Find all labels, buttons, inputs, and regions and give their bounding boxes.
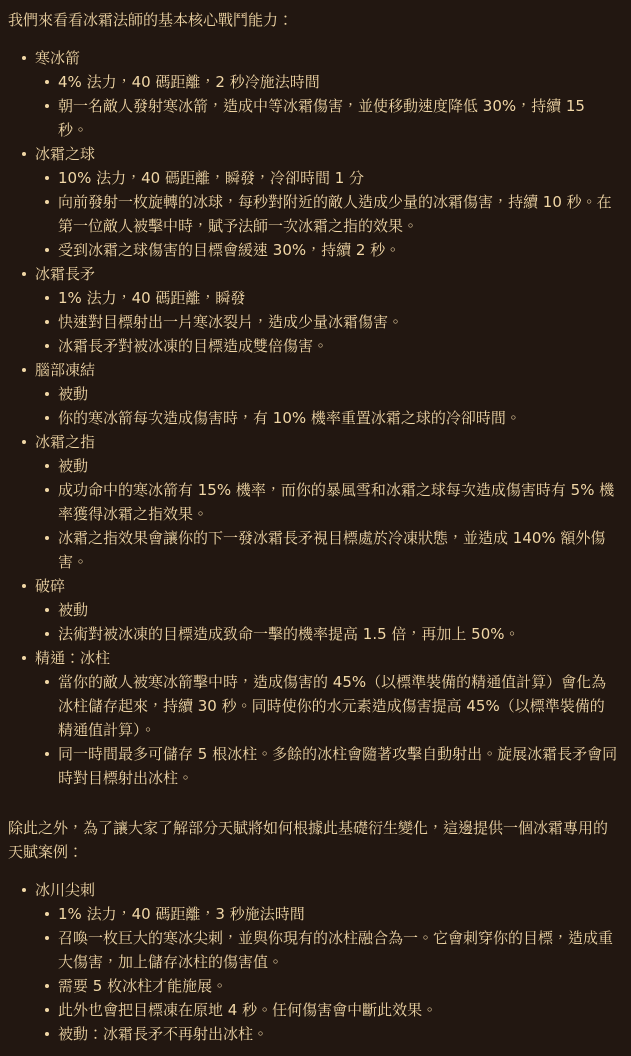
ability-details-list: 當你的敵人被寒冰箭擊中時，造成傷害的 45%（以標準裝備的精通值計算）會化為冰柱… [58, 670, 619, 790]
talent-detail: 需要 5 枚冰柱才能施展。 [58, 974, 619, 998]
talent-name: 冰川尖刺 [35, 878, 619, 902]
ability-item: 腦部凍結 被動 你的寒冰箭每次造成傷害時，有 10% 機率重置冰霜之球的冷卻時間… [35, 358, 619, 430]
talent-intro-paragraph: 除此之外，為了讓大家了解部分天賦將如何根據此基礎衍生變化，這邊提供一個冰霜專用的… [8, 816, 619, 864]
ability-detail: 10% 法力，40 碼距離，瞬發，冷卻時間 1 分 [58, 166, 619, 190]
ability-detail: 你的寒冰箭每次造成傷害時，有 10% 機率重置冰霜之球的冷卻時間。 [58, 406, 619, 430]
ability-name: 寒冰箭 [35, 46, 619, 70]
talent-detail: 召喚一枚巨大的寒冰尖刺，並與你現有的冰柱融合為一。它會刺穿你的目標，造成重大傷害… [58, 926, 619, 974]
ability-name: 腦部凍結 [35, 358, 619, 382]
talent-detail: 被動：冰霜長矛不再射出冰柱。 [58, 1022, 619, 1046]
ability-detail: 4% 法力，40 碼距離，2 秒冷施法時間 [58, 70, 619, 94]
ability-item: 破碎 被動 法術對被冰凍的目標造成致命一擊的機率提高 1.5 倍，再加上 50%… [35, 574, 619, 646]
ability-detail: 冰霜之指效果會讓你的下一發冰霜長矛視目標處於冷凍狀態，並造成 140% 額外傷害… [58, 526, 619, 574]
ability-item: 冰霜長矛 1% 法力，40 碼距離，瞬發 快速對目標射出一片寒冰裂片，造成少量冰… [35, 262, 619, 358]
talent-list: 冰川尖刺 1% 法力，40 碼距離，3 秒施法時間 召喚一枚巨大的寒冰尖刺，並與… [35, 878, 619, 1046]
talent-details-list: 1% 法力，40 碼距離，3 秒施法時間 召喚一枚巨大的寒冰尖刺，並與你現有的冰… [58, 902, 619, 1046]
ability-detail: 冰霜長矛對被冰凍的目標造成雙倍傷害。 [58, 334, 619, 358]
ability-details-list: 1% 法力，40 碼距離，瞬發 快速對目標射出一片寒冰裂片，造成少量冰霜傷害。 … [58, 286, 619, 358]
ability-detail: 同一時間最多可儲存 5 根冰柱。多餘的冰柱會隨著攻擊自動射出。旋展冰霜長矛會同時… [58, 742, 619, 790]
ability-item: 精通：冰柱 當你的敵人被寒冰箭擊中時，造成傷害的 45%（以標準裝備的精通值計算… [35, 646, 619, 790]
ability-details-list: 被動 法術對被冰凍的目標造成致命一擊的機率提高 1.5 倍，再加上 50%。 [58, 598, 619, 646]
talent-item: 冰川尖刺 1% 法力，40 碼距離，3 秒施法時間 召喚一枚巨大的寒冰尖刺，並與… [35, 878, 619, 1046]
ability-item: 冰霜之球 10% 法力，40 碼距離，瞬發，冷卻時間 1 分 向前發射一枚旋轉的… [35, 142, 619, 262]
ability-details-list: 10% 法力，40 碼距離，瞬發，冷卻時間 1 分 向前發射一枚旋轉的冰球，每秒… [58, 166, 619, 262]
ability-details-list: 被動 成功命中的寒冰箭有 15% 機率，而你的暴風雪和冰霜之球每次造成傷害時有 … [58, 454, 619, 574]
intro-paragraph: 我們來看看冰霜法師的基本核心戰鬥能力： [8, 8, 619, 32]
ability-detail: 法術對被冰凍的目標造成致命一擊的機率提高 1.5 倍，再加上 50%。 [58, 622, 619, 646]
ability-name: 冰霜長矛 [35, 262, 619, 286]
ability-details-list: 4% 法力，40 碼距離，2 秒冷施法時間 朝一名敵人發射寒冰箭，造成中等冰霜傷… [58, 70, 619, 142]
ability-name: 冰霜之球 [35, 142, 619, 166]
ability-name: 冰霜之指 [35, 430, 619, 454]
ability-item: 寒冰箭 4% 法力，40 碼距離，2 秒冷施法時間 朝一名敵人發射寒冰箭，造成中… [35, 46, 619, 142]
ability-detail: 向前發射一枚旋轉的冰球，每秒對附近的敵人造成少量的冰霜傷害，持續 10 秒。在第… [58, 190, 619, 238]
ability-details-list: 被動 你的寒冰箭每次造成傷害時，有 10% 機率重置冰霜之球的冷卻時間。 [58, 382, 619, 430]
abilities-list: 寒冰箭 4% 法力，40 碼距離，2 秒冷施法時間 朝一名敵人發射寒冰箭，造成中… [35, 46, 619, 790]
ability-detail: 快速對目標射出一片寒冰裂片，造成少量冰霜傷害。 [58, 310, 619, 334]
ability-item: 冰霜之指 被動 成功命中的寒冰箭有 15% 機率，而你的暴風雪和冰霜之球每次造成… [35, 430, 619, 574]
ability-detail: 被動 [58, 598, 619, 622]
article-page: { "theme": { "background": "#221711", "t… [0, 0, 631, 1056]
ability-name: 精通：冰柱 [35, 646, 619, 670]
ability-detail: 朝一名敵人發射寒冰箭，造成中等冰霜傷害，並使移動速度降低 30%，持續 15 秒… [58, 94, 619, 142]
talent-detail: 此外也會把目標凍在原地 4 秒。任何傷害會中斷此效果。 [58, 998, 619, 1022]
ability-detail: 成功命中的寒冰箭有 15% 機率，而你的暴風雪和冰霜之球每次造成傷害時有 5% … [58, 478, 619, 526]
ability-detail: 被動 [58, 454, 619, 478]
talent-detail: 1% 法力，40 碼距離，3 秒施法時間 [58, 902, 619, 926]
ability-detail: 受到冰霜之球傷害的目標會緩速 30%，持續 2 秒。 [58, 238, 619, 262]
ability-name: 破碎 [35, 574, 619, 598]
ability-detail: 當你的敵人被寒冰箭擊中時，造成傷害的 45%（以標準裝備的精通值計算）會化為冰柱… [58, 670, 619, 742]
ability-detail: 1% 法力，40 碼距離，瞬發 [58, 286, 619, 310]
ability-detail: 被動 [58, 382, 619, 406]
